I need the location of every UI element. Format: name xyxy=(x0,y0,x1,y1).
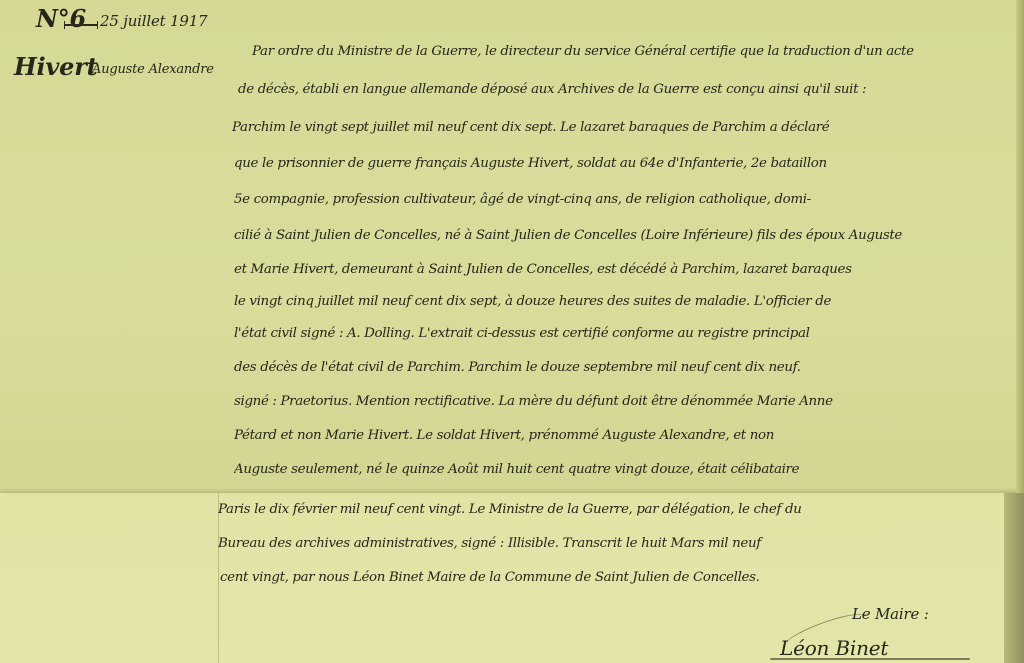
body-line: le vingt cinq juillet mil neuf cent dix … xyxy=(234,294,1012,309)
entry-dash-divider xyxy=(64,24,98,26)
body-line: l'état civil signé : A. Dolling. L'extra… xyxy=(234,326,994,341)
body-line: et Marie Hivert, demeurant à Saint Julie… xyxy=(234,262,1014,277)
body-line: Parchim le vingt sept juillet mil neuf c… xyxy=(232,120,1012,135)
margin-rule-line xyxy=(218,493,219,663)
entry-date: 25 juillet 1917 xyxy=(100,12,207,30)
body-line: Pétard et non Marie Hivert. Le soldat Hi… xyxy=(234,428,1014,443)
body-line: de décès, établi en langue allemande dép… xyxy=(238,82,1012,97)
deceased-first-names: Auguste Alexandre xyxy=(92,62,214,77)
binding-edge xyxy=(1016,0,1024,493)
body-line: Par ordre du Ministre de la Guerre, le d… xyxy=(252,44,1012,59)
body-line: des décès de l'état civil de Parchim. Pa… xyxy=(234,360,994,375)
entry-number: N°6 xyxy=(36,4,86,33)
archival-document-page: N°6 25 juillet 1917 Hivert Auguste Alexa… xyxy=(0,0,1024,663)
body-line: cilié à Saint Julien de Concelles, né à … xyxy=(234,228,1016,243)
body-line: 5e compagnie, profession cultivateur, âg… xyxy=(234,192,1014,207)
body-line: Bureau des archives administratives, sig… xyxy=(218,536,1018,551)
body-line: que le prisonnier de guerre français Aug… xyxy=(234,156,1014,171)
body-line: Auguste seulement, né le quinze Août mil… xyxy=(234,462,1014,477)
body-line: Paris le dix février mil neuf cent vingt… xyxy=(218,502,1018,517)
deceased-surname: Hivert xyxy=(14,52,98,81)
mayor-signature-name: Léon Binet xyxy=(780,636,888,660)
signature-underline xyxy=(770,658,970,660)
body-line: cent vingt, par nous Léon Binet Maire de… xyxy=(220,570,1010,585)
body-line: signé : Praetorius. Mention rectificativ… xyxy=(234,394,1012,409)
